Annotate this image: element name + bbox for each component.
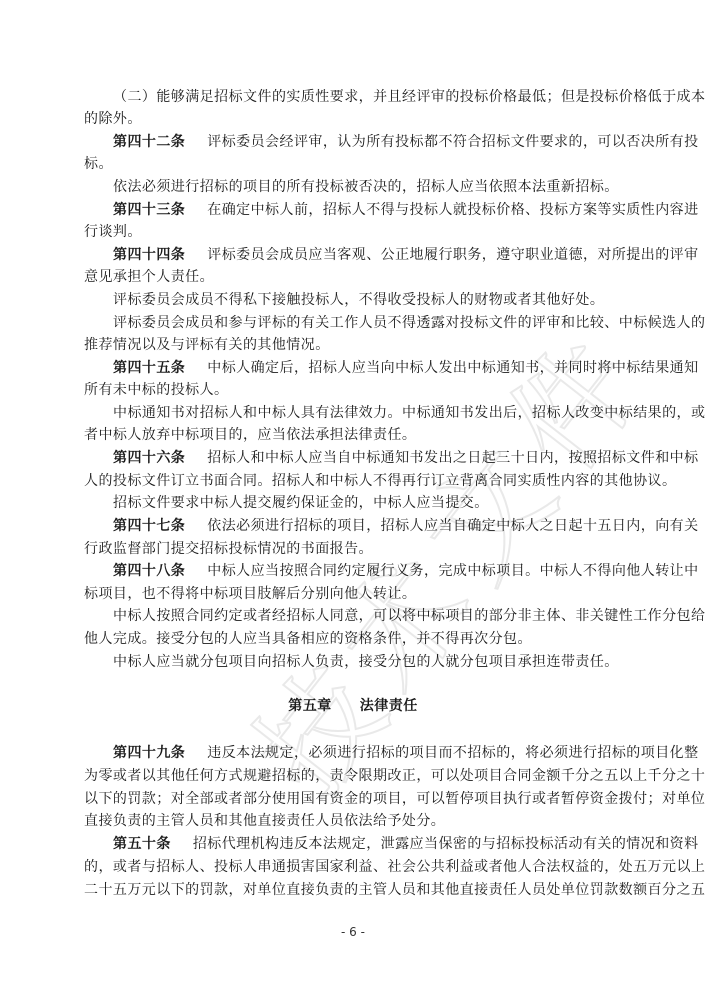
article-45: 第四十五条中标人确定后，招标人应当向中标人发出中标通知书，并同时将中标结果通知: [113, 359, 653, 377]
paragraph-line: 行政监督部门提交招标投标情况的书面报告。: [84, 540, 624, 558]
paragraph-line: 直接负责的主管人员和其他直接责任人员依法给予处分。: [84, 812, 624, 830]
chapter-title: 法律责任: [360, 698, 418, 714]
paragraph-line: 中标通知书对招标人和中标人具有法律效力。中标通知书发出后，招标人改变中标结果的，…: [113, 404, 653, 422]
chapter-heading: 第五章法律责任: [0, 697, 706, 715]
paragraph-line: 依法必须进行招标的项目的所有投标被否决的，招标人应当依照本法重新招标。: [113, 178, 653, 196]
paragraph-line: 他人完成。接受分包的人应当具备相应的资格条件，并不得再次分包。: [84, 630, 624, 648]
article-43: 第四十三条在确定中标人前，招标人不得与投标人就投标价格、投标方案等实质性内容进: [113, 201, 653, 219]
paragraph-line: 推荐情况以及与评标有关的其他情况。: [84, 336, 624, 354]
article-number: 第四十四条: [113, 247, 185, 263]
paragraph-line: 以下的罚款；对全部或者部分使用国有资金的项目，可以暂停项目执行或者暂停资金拨付；…: [84, 790, 624, 808]
paragraph-line: 评标委员会成员和参与评标的有关工作人员不得透露对投标文件的评审和比较、中标候选人…: [113, 314, 653, 332]
article-number: 第五十条: [113, 836, 171, 852]
paragraph-line: 者中标人放弃中标项目的，应当依法承担法律责任。: [84, 426, 624, 444]
chapter-number: 第五章: [288, 698, 332, 714]
article-50: 第五十条招标代理机构违反本法规定，泄露应当保密的与招标投标活动有关的情况和资料: [113, 835, 653, 853]
article-42: 第四十二条评标委员会经评审，认为所有投标都不符合招标文件要求的，可以否决所有投: [113, 133, 653, 151]
paragraph-line: 意见承担个人责任。: [84, 268, 624, 286]
article-number: 第四十七条: [113, 518, 185, 534]
article-number: 第四十二条: [113, 134, 185, 150]
article-49: 第四十九条违反本法规定，必须进行招标的项目而不招标的，将必须进行招标的项目化整: [113, 744, 653, 762]
article-44: 第四十四条评标委员会成员应当客观、公正地履行职务，遵守职业道德，对所提出的评审: [113, 246, 653, 264]
paragraph-line: 招标文件要求中标人提交履约保证金的，中标人应当提交。: [113, 494, 653, 512]
paragraph-line: 的除外。: [84, 110, 624, 128]
paragraph-line: 标。: [84, 155, 624, 173]
paragraph-line: 所有未中标的投标人。: [84, 381, 624, 399]
article-number: 第四十三条: [113, 202, 185, 218]
article-47: 第四十七条依法必须进行招标的项目，招标人应当自确定中标人之日起十五日内，向有关: [113, 517, 653, 535]
paragraph-line: 中标人按照合同约定或者经招标人同意，可以将中标项目的部分非主体、非关键性工作分包…: [113, 607, 653, 625]
paragraph-line: 的，或者与招标人、投标人串通损害国家利益、社会公共利益或者他人合法权益的，处五万…: [84, 858, 624, 876]
article-number: 第四十九条: [113, 745, 185, 761]
article-48: 第四十八条中标人应当按照合同约定履行义务，完成中标项目。中标人不得向他人转让中: [113, 562, 653, 580]
article-46: 第四十六条招标人和中标人应当自中标通知书发出之日起三十日内，按照招标文件和中标: [113, 449, 653, 467]
article-number: 第四十六条: [113, 450, 185, 466]
paragraph-line: 中标人应当就分包项目向招标人负责，接受分包的人就分包项目承担连带责任。: [113, 653, 653, 671]
paragraph-line: 标项目，也不得将中标项目肢解后分别向他人转让。: [84, 585, 624, 603]
document-page: 技术文件 （二）能够满足招标文件的实质性要求，并且经评审的投标价格最低；但是投标…: [0, 0, 706, 1000]
paragraph-line: 二十五万元以下的罚款，对单位直接负责的主管人员和其他直接责任人员处单位罚款数额百…: [84, 881, 624, 899]
page-number: - 6 -: [0, 925, 706, 939]
paragraph-line: 为零或者以其他任何方式规避招标的，责令限期改正，可以处项目合同金额千分之五以上千…: [84, 767, 624, 785]
paragraph-line: 评标委员会成员不得私下接触投标人，不得收受投标人的财物或者其他好处。: [113, 291, 653, 309]
paragraph-line: 人的投标文件订立书面合同。招标人和中标人不得再行订立背离合同实质性内容的其他协议…: [84, 472, 624, 490]
article-number: 第四十五条: [113, 360, 185, 376]
paragraph-line: 行谈判。: [84, 223, 624, 241]
article-number: 第四十八条: [113, 563, 185, 579]
paragraph-line: （二）能够满足招标文件的实质性要求，并且经评审的投标价格最低；但是投标价格低于成…: [113, 88, 653, 106]
